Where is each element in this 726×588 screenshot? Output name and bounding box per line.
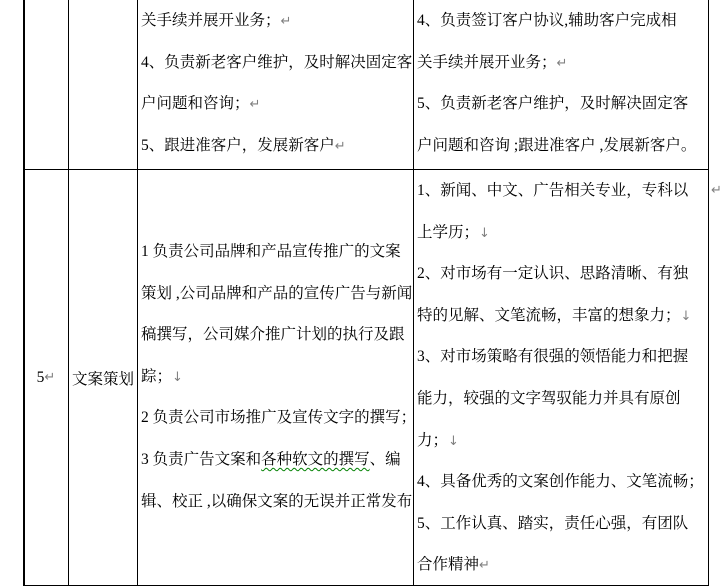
formatting-mark: ↓ — [172, 370, 183, 385]
text-run: 2 负责公司市场推广及宣传文字的撰写； — [141, 409, 412, 426]
cell-r2-duties[interactable]: 1 负责公司品牌和产品宣传推广的文案策划 ,公司品牌和产品的宣传广告与新闻稿撰写… — [141, 231, 412, 585]
text-run: 关手续并展开业务； — [417, 54, 557, 71]
table-border-col-position — [137, 0, 139, 586]
text-line: 户问题和咨询 ;跟进准客户 ,发展新客户。 — [417, 125, 707, 167]
formatting-mark: ↵ — [479, 558, 490, 573]
text-line: 3 负责广告文案和各种软文的撰写、编 — [141, 439, 412, 481]
cell-r1-requirements[interactable]: 4、负责签订客户协议,辅助客户完成相关手续并展开业务；↵5、负责新老客户维护，及… — [417, 0, 707, 168]
text-run: 1 负责公司品牌和产品宣传推广的文案 — [141, 243, 401, 260]
cell-r2-requirements[interactable]: 1、新闻、中文、广告相关专业，专科以上学历；↓2、对市场有一定认识、思路清晰、有… — [417, 170, 707, 586]
text-run: 户问题和咨询； — [141, 95, 250, 112]
text-run: 2、对市场有一定认识、思路清晰、有独 — [417, 265, 688, 282]
text-run: 户问题和咨询 ;跟进准客户 ,发展新客户。 — [417, 137, 696, 154]
table-border-col-duties — [413, 0, 415, 586]
text-line: 5、工作认真、踏实，责任心强，有团队 — [417, 503, 707, 545]
text-line: 3、对市场策略有很强的领悟能力和把握 — [417, 336, 707, 378]
formatting-mark: ↵ — [250, 97, 261, 112]
text-line: 4、具备优秀的文案创作能力、文笔流畅； — [417, 461, 707, 503]
text-line: 稿撰写，公司媒介推广计划的执行及跟 — [141, 314, 412, 356]
text-run: 踪； — [141, 368, 172, 385]
document-canvas: 关手续并展开业务；↵4、负责新老客户维护，及时解决固定客户问题和咨询；↵5、跟进… — [0, 0, 726, 588]
text-run: 5、工作认真、踏实，责任心强，有团队 — [417, 515, 688, 532]
cell-r2-number[interactable]: 5↵ — [25, 170, 68, 585]
text-run: 关手续并展开业务； — [141, 12, 281, 29]
formatting-mark: ↵ — [557, 56, 568, 71]
spellcheck-text-run: 各种软文的撰写 — [261, 451, 370, 468]
text-line: 4、负责签订客户协议,辅助客户完成相 — [417, 0, 707, 42]
text-line: 能力，较强的文字驾驭能力并具有原创 — [417, 378, 707, 420]
text-run: 上学历； — [417, 224, 479, 241]
formatting-mark: ↵ — [335, 139, 346, 154]
formatting-mark: ↵ — [281, 14, 292, 29]
text-line: 1、新闻、中文、广告相关专业，专科以 — [417, 170, 707, 212]
text-line: 1 负责公司品牌和产品宣传推广的文案 — [141, 231, 412, 273]
text-line: 踪；↓ — [141, 356, 412, 398]
text-run: 1、新闻、中文、广告相关专业，专科以 — [417, 182, 688, 199]
text-line: 合作精神↵ — [417, 544, 707, 586]
text-run: 、编 — [370, 451, 401, 468]
table-border-right — [708, 0, 710, 586]
text-run: 能力，较强的文字驾驭能力并具有原创 — [417, 390, 681, 407]
row-end-mark: ↵ — [711, 177, 722, 205]
text-run: 合作精神 — [417, 556, 479, 573]
position-title: 文案策划 — [72, 367, 134, 389]
text-line: 辑、校正 ,以确保文案的无误并正常发布; — [141, 481, 412, 523]
text-line: 2 负责公司市场推广及宣传文字的撰写； — [141, 397, 412, 439]
text-line: 4、负责新老客户维护，及时解决固定客 — [141, 42, 412, 84]
text-line: 5、负责新老客户维护，及时解决固定客 — [417, 83, 707, 125]
text-run: 特的见解、文笔流畅，丰富的想象力； — [417, 307, 681, 324]
text-run: 4、具备优秀的文案创作能力、文笔流畅； — [417, 473, 704, 490]
text-run: 辑、校正 ,以确保文案的无误并正常发布; — [141, 493, 412, 510]
row-number: 5 — [37, 369, 45, 387]
text-run: 4、负责签订客户协议,辅助客户完成相 — [417, 12, 677, 29]
text-run: 稿撰写，公司媒介推广计划的执行及跟 — [141, 326, 405, 343]
text-line: 5、跟进准客户，发展新客户↵ — [141, 125, 412, 167]
paragraph-mark: ↵ — [44, 370, 55, 385]
text-line: 特的见解、文笔流畅，丰富的想象力；↓ — [417, 295, 707, 337]
text-line: 力；↓ — [417, 420, 707, 462]
text-line: 上学历；↓ — [417, 212, 707, 254]
text-run: 策划 ,公司品牌和产品的宣传广告与新闻 — [141, 285, 412, 302]
formatting-mark: ↓ — [479, 226, 490, 241]
cell-r2-position[interactable]: 文案策划 — [70, 170, 137, 585]
text-line: 关手续并展开业务；↵ — [141, 0, 412, 42]
formatting-mark: ↓ — [681, 309, 692, 324]
text-run: 力； — [417, 432, 448, 449]
text-run: 5、负责新老客户维护，及时解决固定客 — [417, 95, 688, 112]
text-line: 户问题和咨询；↵ — [141, 83, 412, 125]
text-run: 3、对市场策略有很强的领悟能力和把握 — [417, 348, 688, 365]
text-line: 2、对市场有一定认识、思路清晰、有独 — [417, 253, 707, 295]
text-run: 3 负责广告文案和 — [141, 451, 261, 468]
formatting-mark: ↓ — [448, 434, 459, 449]
text-run: 4、负责新老客户维护，及时解决固定客 — [141, 54, 412, 71]
cell-r1-duties[interactable]: 关手续并展开业务；↵4、负责新老客户维护，及时解决固定客户问题和咨询；↵5、跟进… — [141, 0, 412, 168]
text-line: 关手续并展开业务；↵ — [417, 42, 707, 84]
text-run: 5、跟进准客户，发展新客户 — [141, 137, 335, 154]
text-line: 策划 ,公司品牌和产品的宣传广告与新闻 — [141, 273, 412, 315]
